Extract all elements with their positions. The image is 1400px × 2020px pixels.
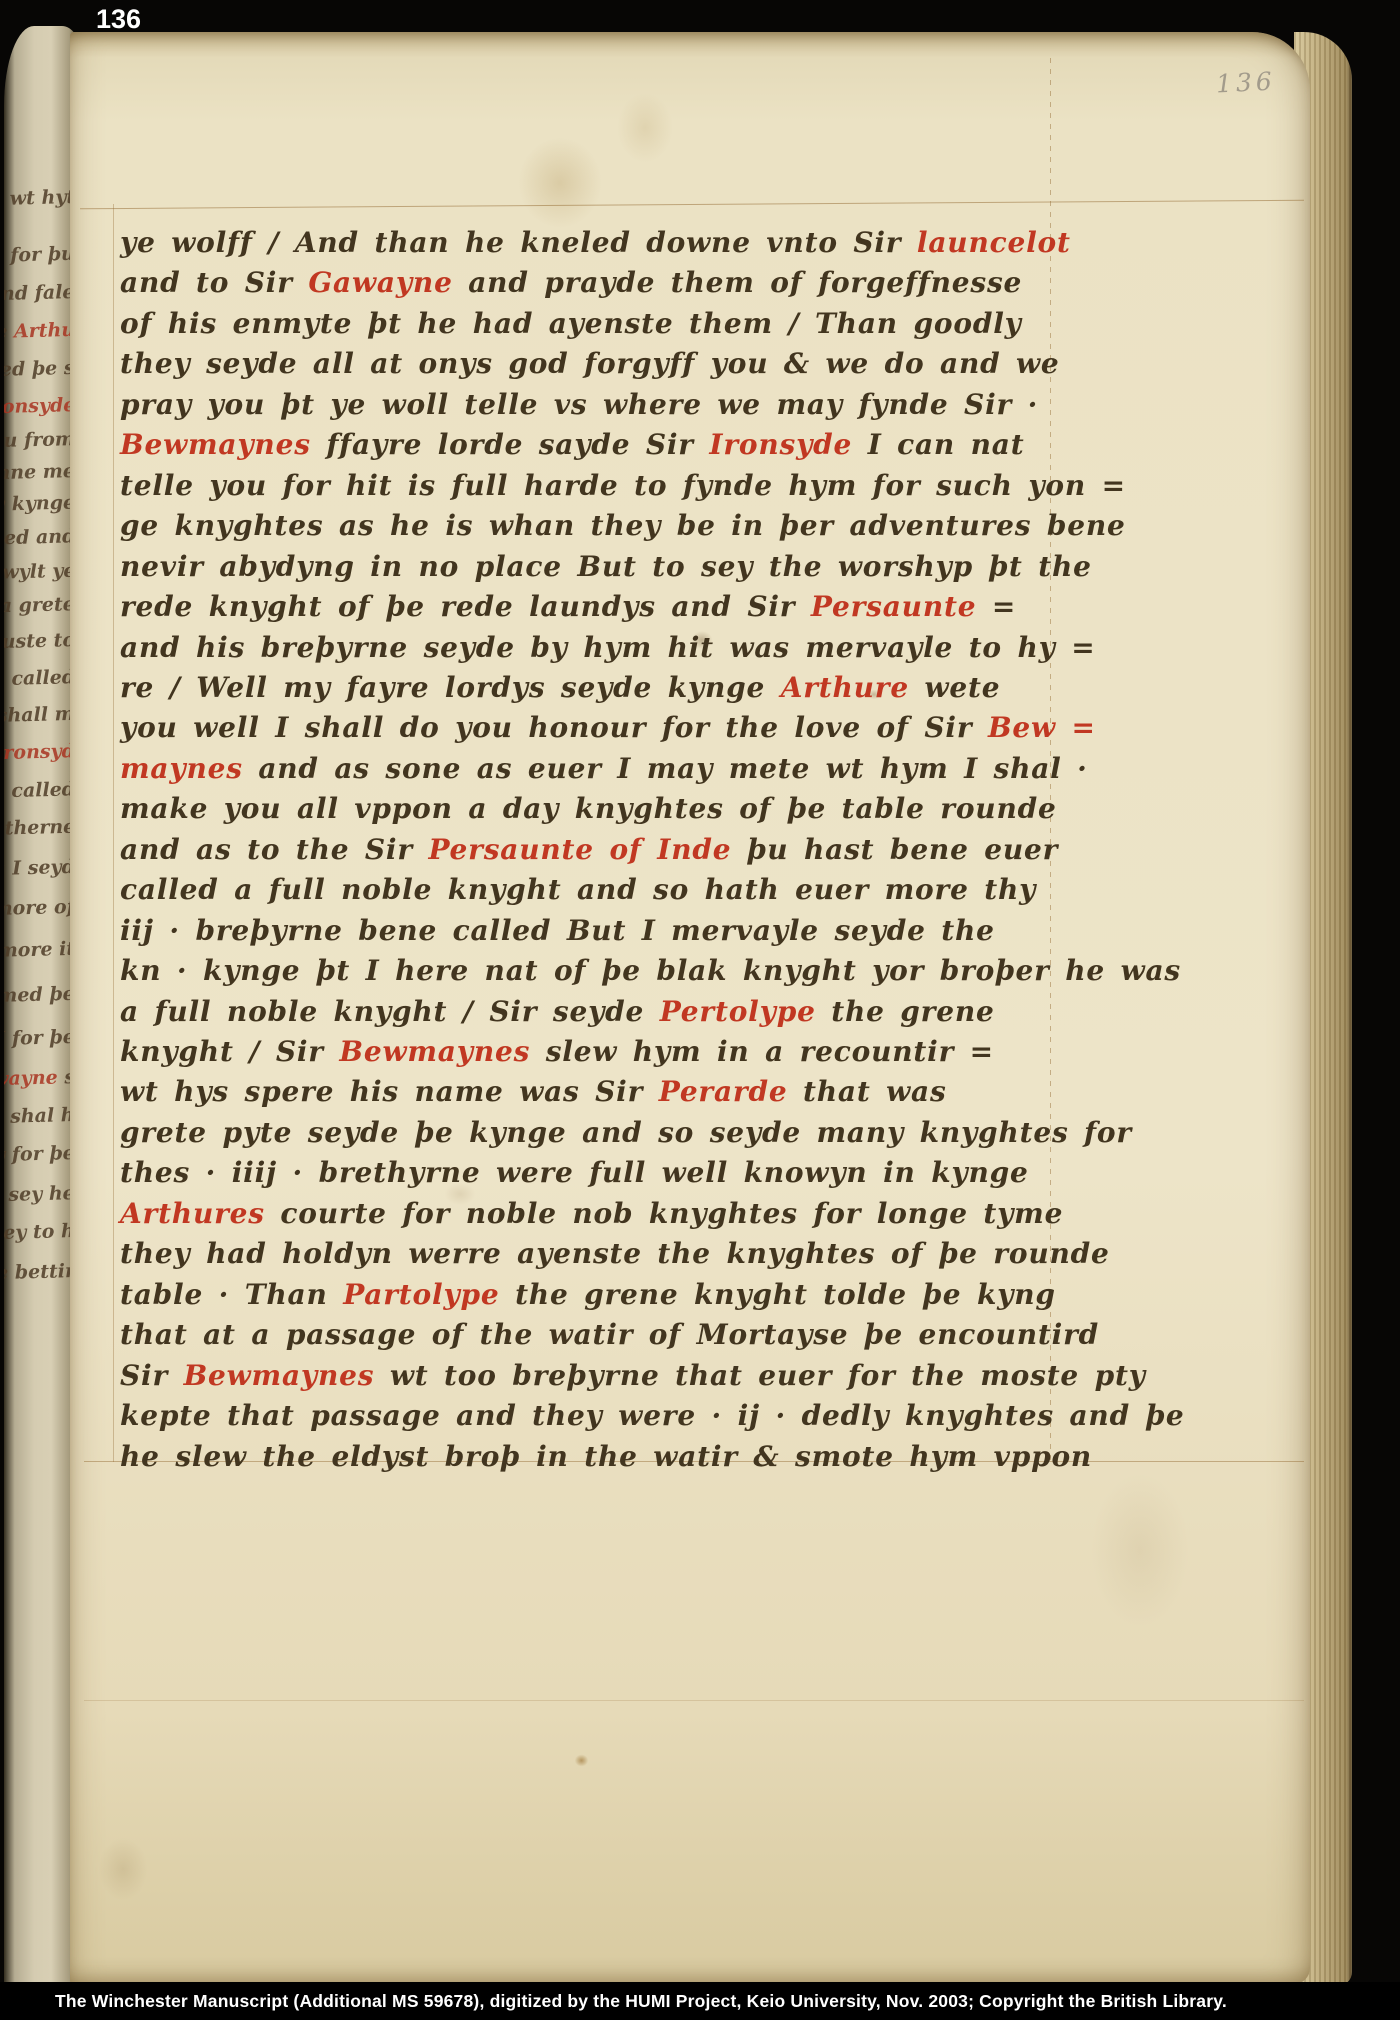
ink-text: thes · iiij · brethyrne were full well k… — [120, 1156, 1029, 1189]
ink-text: of his enmyte þt he had ayenste them / T… — [120, 307, 1022, 340]
ink-text: telle you for hit is full harde to fynde… — [120, 469, 1126, 502]
rubricated-text: Bewmaynes — [184, 1359, 375, 1392]
previous-page-text-fragment: ie Sir Ironsyd — [4, 740, 75, 766]
ink-text: = — [976, 590, 1016, 623]
previous-page-text-fragment: my ye sey to h — [4, 1220, 75, 1246]
ink-text: the grene — [816, 995, 995, 1028]
ink-text: d I are called — [4, 666, 75, 692]
manuscript-line: Sir Bewmaynes wt too breþyrne that euer … — [120, 1359, 1146, 1393]
ink-text: ge knyghtes as he is whan they be in þer… — [120, 509, 1126, 542]
ink-text: make you all vppon a day knyghtes of þe … — [120, 792, 1057, 825]
manuscript-line: he slew the eldyst broþ in the watir & s… — [120, 1440, 1092, 1474]
previous-page-text-fragment: I am called þe s — [4, 357, 75, 383]
ink-text: they had holdyn werre ayenste the knyght… — [120, 1237, 1110, 1270]
ink-text: wete — [909, 671, 1000, 704]
previous-page-text-fragment: ly lorde wt hyt — [4, 186, 75, 212]
manuscript-text-block: ye wolff / And than he kneled downe vnto… — [120, 226, 1060, 1486]
previous-page-text-fragment: es and I for þe — [4, 1026, 75, 1052]
previous-page-text-fragment: of me I shall m — [4, 703, 75, 729]
ink-text: ynge þe bettir — [4, 1260, 75, 1286]
ink-text: ad to þta I seyd — [4, 856, 75, 882]
rubricated-text: Pertolype — [660, 995, 816, 1028]
ink-text: kepte that passage and they were · ij · … — [120, 1399, 1185, 1432]
ink-text: reputed and — [4, 525, 75, 550]
manuscript-line: iij · breþyrne bene called But I mervayl… — [120, 914, 995, 948]
rubricated-text: Bewmaynes — [339, 1035, 530, 1068]
ink-text: es and I for þe — [4, 1026, 75, 1052]
previous-page-text-fragment: d I are called — [4, 666, 75, 692]
ink-text: I am called þe s — [4, 357, 75, 383]
previous-page-text-fragment: londe and fale — [4, 281, 75, 307]
manuscript-line: re / Well my fayre lordys seyde kynge Ar… — [120, 671, 1000, 705]
rubricated-text: Persaunte — [811, 590, 976, 623]
rubricated-text: Partolype — [343, 1278, 499, 1311]
parchment-stain — [88, 1824, 158, 1914]
ink-text: now more it — [4, 938, 75, 963]
manuscript-line: a full noble knyght / Sir seyde Pertolyp… — [120, 995, 995, 1029]
ink-text: londe and fale — [4, 281, 75, 307]
manuscript-line: rede knyght of þe rede laundys and Sir P… — [120, 590, 1016, 624]
rubricated-text: Arthu — [14, 319, 76, 343]
caption-text: The Winchester Manuscript (Additional MS… — [55, 1991, 1227, 2012]
manuscript-line: ye wolff / And than he kneled downe vnto… — [120, 226, 1071, 260]
ink-text: the grene knyght tolde þe kyng — [500, 1278, 1056, 1311]
ink-text: for þu — [4, 243, 75, 267]
previous-page-text-fragment: ad to þta I seyd — [4, 856, 75, 882]
manuscript-line: wt hys spere his name was Sir Perarde th… — [120, 1075, 947, 1109]
manuscript-line: called a full noble knyght and so hath e… — [120, 873, 1036, 907]
ink-text: of me I shall m — [4, 703, 75, 729]
manuscript-line: they had holdyn werre ayenste the knyght… — [120, 1237, 1110, 1271]
rubricated-text: Bew = — [988, 711, 1096, 744]
rubricated-text: maynes — [120, 752, 243, 785]
ink-text: onnde bretherne — [4, 816, 75, 843]
ink-text: ore I truste to — [4, 629, 75, 655]
ink-text: kn · kynge þt I here nat of þe blak knyg… — [120, 954, 1181, 987]
parchment-stain — [605, 78, 685, 178]
rubricated-text: Arthures — [120, 1197, 265, 1230]
pencil-folio-number: 136 — [1215, 66, 1276, 98]
previous-page-text-fragment: he abanne me — [4, 460, 75, 486]
manuscript-viewer: ly lorde wt hytt Carlyon for þulonde and… — [0, 0, 1400, 2020]
ink-text: and as sone as euer I may mete wt hym I … — [243, 752, 1088, 785]
ink-text: a full noble knyght / Sir seyde — [120, 995, 660, 1028]
ink-text: table · Than — [120, 1278, 343, 1311]
manuscript-line: nevir abydyng in no place But to sey the… — [120, 550, 1092, 584]
manuscript-line: that at a passage of the watir of Mortay… — [120, 1318, 1099, 1352]
ink-text: de kynge — [4, 320, 14, 345]
ink-text: vnto you from — [4, 428, 75, 454]
previous-page-text-fragment: vnto you from — [4, 428, 75, 454]
ink-text: knyght / Sir — [120, 1035, 339, 1068]
manuscript-line: thes · iiij · brethyrne were full well k… — [120, 1156, 1029, 1190]
previous-page-text-fragment: t Carlyon for þu — [4, 243, 75, 269]
ink-text: wt too breþyrne that euer for the moste … — [374, 1359, 1145, 1392]
ink-text: slew hym in a recountir = — [530, 1035, 994, 1068]
rubricated-text: Persaunte of Inde — [428, 833, 731, 866]
previous-page-text-fragment: so ded now kynge — [4, 492, 75, 519]
previous-page-text-fragment: es wold more of — [4, 896, 75, 922]
manuscript-line: telle you for hit is full harde to fynde… — [120, 469, 1126, 503]
ink-text: ff are called — [4, 778, 75, 803]
caption-bar: The Winchester Manuscript (Additional MS… — [0, 1982, 1400, 2020]
ink-text: they seyde all at onys god forgyff you &… — [120, 347, 1060, 380]
manuscript-line: you well I shall do you honour for the l… — [120, 711, 1096, 745]
previous-page-edge: ly lorde wt hytt Carlyon for þulonde and… — [4, 26, 80, 2020]
ruled-line-lower-faint — [84, 1700, 1304, 1701]
folio-number-label: 136 — [96, 4, 141, 35]
previous-page-text-fragment: longe a grete — [4, 593, 75, 619]
ink-text: so ded now kynge — [4, 492, 75, 519]
ink-text: grete pyte seyde þe kynge and so seyde m… — [120, 1116, 1132, 1149]
ink-text: my ye sey to h — [4, 1220, 75, 1246]
previous-page-text-fragment: ynge þe bettir — [4, 1260, 75, 1286]
manuscript-line: and to Sir Gawayne and prayde them of fo… — [120, 266, 1022, 300]
ink-text: yo wylt ye — [4, 560, 75, 585]
manuscript-line: Arthures courte for noble nob knyghtes f… — [120, 1197, 1063, 1231]
ruled-line-left-margin — [113, 204, 114, 1462]
previous-page-text-fragment: ayne I sey he — [4, 1182, 75, 1208]
manuscript-line: grete pyte seyde þe kynge and so seyde m… — [120, 1116, 1132, 1150]
ink-text: þu hast bene euer — [731, 833, 1058, 866]
ink-text: es wold more of — [4, 896, 75, 922]
previous-page-text-fragment: onnde bretherne — [4, 816, 75, 843]
previous-page-text-fragment: de kynge Arthu — [4, 319, 75, 345]
ink-text: ffayre lorde sayde Sir — [311, 428, 710, 461]
ink-text: pray you þt ye woll telle vs where we ma… — [120, 388, 1038, 421]
manuscript-line: knyght / Sir Bewmaynes slew hym in a rec… — [120, 1035, 994, 1069]
rubricated-text: Arthure — [781, 671, 909, 704]
manuscript-line: ge knyghtes as he is whan they be in þer… — [120, 509, 1126, 543]
manuscript-line: pray you þt ye woll telle vs where we ma… — [120, 388, 1038, 422]
rubricated-text: Bewmaynes — [120, 428, 311, 461]
rubricated-text: Gawayne — [308, 266, 452, 299]
rubricated-text: Ironsyde — [709, 428, 852, 461]
rubricated-text: launcelot — [917, 226, 1071, 259]
previous-page-text-fragment: nes now more it — [4, 938, 75, 964]
previous-page-text-fragment: at customed þe — [4, 983, 75, 1009]
rubricated-text: Gawayne — [4, 1067, 58, 1091]
ink-text: iij · breþyrne bene called But I mervayl… — [120, 914, 995, 947]
manuscript-line: of his enmyte þt he had ayenste them / T… — [120, 307, 1022, 341]
ink-text: att only for þe — [4, 1142, 75, 1168]
ink-text: rede knyght of þe rede laundys and Sir — [120, 590, 811, 623]
previous-page-text-fragment: I wept I shal h — [4, 1104, 75, 1130]
ink-text: and as to the Sir — [120, 833, 428, 866]
rubricated-text: Ironsyde — [4, 394, 75, 418]
ink-text: he slew the eldyst broþ in the watir & s… — [120, 1440, 1092, 1473]
ink-text: wt hys spere his name was Sir — [120, 1075, 659, 1108]
manuscript-line: maynes and as sone as euer I may mete wt… — [120, 752, 1088, 786]
ink-text: at customed þe — [4, 983, 75, 1009]
manuscript-line: Bewmaynes ffayre lorde sayde Sir Ironsyd… — [120, 428, 1024, 462]
ink-text: re / Well my fayre lordys seyde kynge — [120, 671, 781, 704]
ink-text: nevir abydyng in no place But to sey the… — [120, 550, 1092, 583]
ink-text: that at a passage of the watir of Mortay… — [120, 1318, 1099, 1351]
manuscript-line: and his breþyrne seyde by hym hit was me… — [120, 631, 1095, 665]
ink-text: Sir — [120, 1359, 184, 1392]
ink-text: courte for noble nob knyghtes for longe … — [265, 1197, 1063, 1230]
previous-page-text-fragment: reputed and — [4, 525, 75, 550]
manuscript-line: and as to the Sir Persaunte of Inde þu h… — [120, 833, 1058, 867]
previous-page-text-fragment: ore I truste to — [4, 629, 75, 655]
ink-text: I wept I shal h — [4, 1104, 75, 1130]
previous-page-text-fragment: ff are called — [4, 778, 75, 803]
previous-page-text-fragment: yo wylt ye — [4, 560, 75, 585]
ink-text: he abanne me — [4, 460, 75, 486]
ink-text: that was — [787, 1075, 946, 1108]
ink-text: ly lorde wt hyt — [4, 186, 75, 212]
ink-text: I can nat — [852, 428, 1024, 461]
ink-text: you well I shall do you honour for the l… — [120, 711, 988, 744]
previous-page-text-fragment: s Sir Ironsyde — [4, 394, 75, 420]
ink-text: I sey he — [4, 1182, 75, 1206]
manuscript-line: kepte that passage and they were · ij · … — [120, 1399, 1185, 1433]
previous-page-text-fragment: Sir Gawayne s — [4, 1066, 75, 1092]
ink-text: and to Sir — [120, 266, 308, 299]
ink-text: and prayde them of forgeffnesse — [453, 266, 1022, 299]
ink-text: and his breþyrne seyde by hym hit was me… — [120, 631, 1095, 664]
previous-page-text-fragment: att only for þe — [4, 1142, 75, 1168]
manuscript-line: table · Than Partolype the grene knyght … — [120, 1278, 1056, 1312]
ink-text: longe a grete — [4, 593, 75, 619]
ink-text: ye wolff / And than he kneled downe vnto… — [120, 226, 917, 259]
manuscript-line: make you all vppon a day knyghtes of þe … — [120, 792, 1057, 826]
parchment-stain — [573, 1753, 590, 1768]
manuscript-line: kn · kynge þt I here nat of þe blak knyg… — [120, 954, 1181, 988]
rubricated-text: Ironsyd — [4, 740, 75, 764]
manuscript-line: they seyde all at onys god forgyff you &… — [120, 347, 1060, 381]
ink-text: called a full noble knyght and so hath e… — [120, 873, 1036, 906]
rubricated-text: Perarde — [659, 1075, 788, 1108]
